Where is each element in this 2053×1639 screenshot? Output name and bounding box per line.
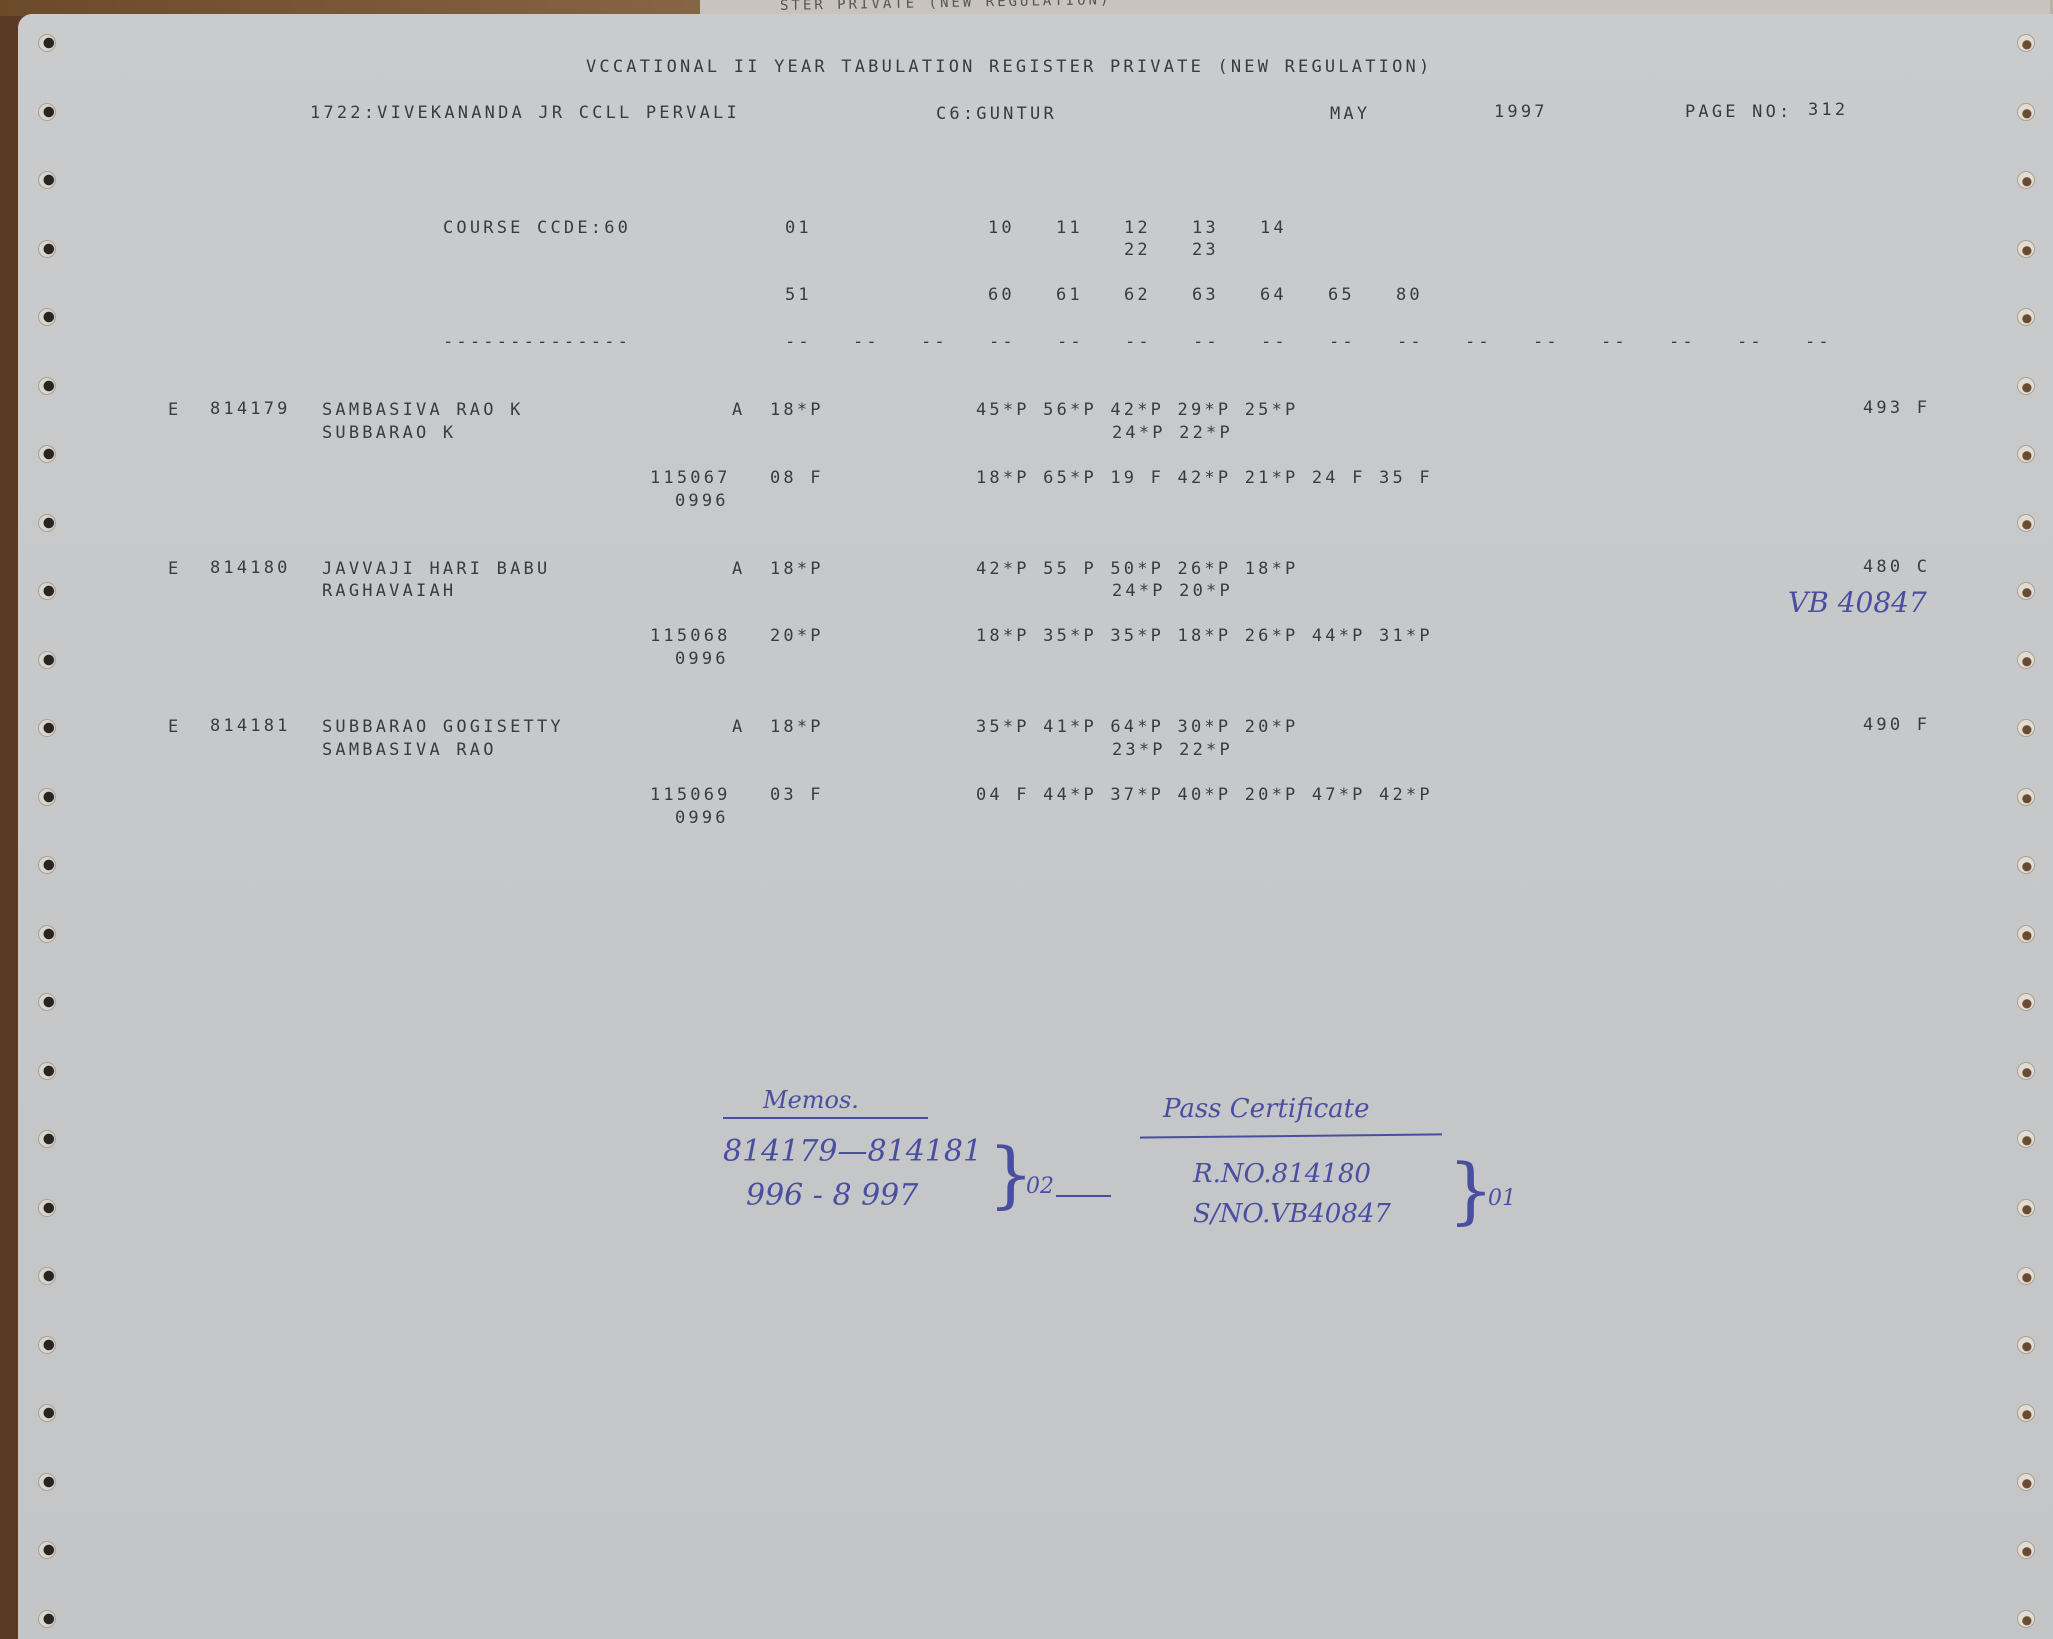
tractor-hole — [2017, 1062, 2035, 1080]
separator-dash: -- — [1533, 332, 1560, 352]
separator-dash: -- — [1329, 332, 1356, 352]
separator-dash: -- — [1737, 332, 1764, 352]
attendance-flag: A — [732, 559, 745, 579]
tractor-hole — [2017, 651, 2035, 669]
marks: 18*P — [770, 400, 824, 420]
separator-dash: -- — [1465, 332, 1492, 352]
marks-row: 24*P 20*P — [1112, 581, 1233, 601]
page-label: PAGE NO: — [1685, 102, 1792, 122]
pass-certificate-count: 01 — [1488, 1186, 1516, 1211]
tractor-hole — [2017, 1199, 2035, 1217]
separator-dash: -- — [1125, 332, 1152, 352]
total-result: 493 F — [1863, 398, 1930, 418]
reference-number: 115068 — [650, 626, 731, 646]
memos-dash — [1056, 1195, 1111, 1197]
tractor-hole — [38, 445, 56, 463]
reference-number: 115067 — [650, 468, 731, 488]
marks-row: 35*P 41*P 64*P 30*P 20*P — [976, 717, 1298, 737]
subject-code: 64 — [1260, 285, 1287, 305]
tractor-hole — [38, 993, 56, 1011]
subject-code: 23 — [1192, 240, 1219, 260]
subject-code: 63 — [1192, 285, 1219, 305]
marks: 18*P — [770, 559, 824, 579]
student-name: JAVVAJI HARI BABU — [322, 559, 550, 579]
marks-row: 45*P 56*P 42*P 29*P 25*P — [976, 400, 1298, 420]
tractor-hole — [38, 719, 56, 737]
attendance-flag: A — [732, 717, 745, 737]
reference-code: 0996 — [675, 808, 729, 828]
tractor-hole — [2017, 719, 2035, 737]
memos-heading: Memos. — [763, 1086, 859, 1114]
subject-code: 11 — [1056, 218, 1083, 238]
separator-dash: -- — [1261, 332, 1288, 352]
pass-certificate-heading: Pass Certificate — [1163, 1094, 1370, 1124]
tractor-hole — [2017, 925, 2035, 943]
reference-code: 0996 — [675, 649, 729, 669]
handwritten-serial-note: VB 40847 — [1788, 586, 1927, 619]
tractor-hole — [2017, 514, 2035, 532]
subject-code: 10 — [988, 218, 1015, 238]
tractor-hole — [38, 582, 56, 600]
stream-code: E — [168, 400, 181, 420]
tractor-hole — [2017, 171, 2035, 189]
memos-underline — [723, 1117, 928, 1119]
register-title: VCCATIONAL II YEAR TABULATION REGISTER P… — [586, 57, 1432, 77]
memos-serial-range: 996 - 8 997 — [746, 1178, 918, 1213]
pass-certificate-roll: R.NO.814180 — [1193, 1159, 1371, 1189]
separator-dash: -- — [1397, 332, 1424, 352]
memos-roll-range: 814179—814181 — [723, 1134, 982, 1169]
pass-certificate-underline — [1140, 1133, 1442, 1138]
marks-row: 18*P 65*P 19 F 42*P 21*P 24 F 35 F — [976, 468, 1433, 488]
tractor-hole — [2017, 582, 2035, 600]
subject-code: 60 — [988, 285, 1015, 305]
marks-row: 24*P 22*P — [1112, 423, 1233, 443]
college-name: 1722:VIVEKANANDA JR CCLL PERVALI — [310, 103, 740, 123]
tractor-hole — [2017, 1130, 2035, 1148]
tractor-hole — [38, 1130, 56, 1148]
father-name: SUBBARAO K — [322, 423, 456, 443]
tractor-hole — [2017, 377, 2035, 395]
subject-code: 51 — [785, 285, 812, 305]
tractor-hole — [2017, 34, 2035, 52]
total-result: 490 F — [1863, 715, 1930, 735]
tractor-hole — [2017, 1336, 2035, 1354]
subject-code: 62 — [1124, 285, 1151, 305]
tractor-hole — [38, 1062, 56, 1080]
tractor-hole — [2017, 1267, 2035, 1285]
stream-code: E — [168, 559, 181, 579]
tractor-hole — [38, 1473, 56, 1491]
stream-code: E — [168, 717, 181, 737]
tractor-hole — [2017, 1541, 2035, 1559]
tractor-hole — [2017, 788, 2035, 806]
tractor-hole — [38, 103, 56, 121]
tractor-hole — [2017, 240, 2035, 258]
subject-code: 65 — [1328, 285, 1355, 305]
separator-dash: -- — [1669, 332, 1696, 352]
brace-icon: } — [1448, 1150, 1494, 1230]
tractor-hole — [2017, 1610, 2035, 1628]
page-number: 312 — [1808, 100, 1848, 120]
tractor-hole — [38, 1404, 56, 1422]
tractor-hole — [38, 240, 56, 258]
reference-code: 0996 — [675, 491, 729, 511]
total-result: 480 C — [1863, 557, 1930, 577]
separator-dash: -- — [853, 332, 880, 352]
subject-code: 61 — [1056, 285, 1083, 305]
exam-month: MAY — [1330, 104, 1370, 124]
previous-sheet-text: STER PRIVATE (NEW REGULATION) — [780, 0, 1112, 14]
student-name: SUBBARAO GOGISETTY — [322, 717, 564, 737]
marks-row: 18*P 35*P 35*P 18*P 26*P 44*P 31*P — [976, 626, 1433, 646]
subject-code: 01 — [785, 218, 812, 238]
left-tractor-holes — [38, 14, 68, 1639]
tractor-hole — [38, 34, 56, 52]
tractor-hole — [38, 377, 56, 395]
course-code-label: COURSE CCDE:60 — [443, 218, 631, 238]
subject-code: 22 — [1124, 240, 1151, 260]
roll-number: 814179 — [210, 399, 291, 419]
marks-row: 42*P 55 P 50*P 26*P 18*P — [976, 559, 1298, 579]
attendance-flag: A — [732, 400, 745, 420]
tractor-hole — [2017, 1473, 2035, 1491]
marks-row: 23*P 22*P — [1112, 740, 1233, 760]
marks: 08 F — [770, 468, 824, 488]
marks-row: 04 F 44*P 37*P 40*P 20*P 47*P 42*P — [976, 785, 1433, 805]
tabulation-sheet: VCCATIONAL II YEAR TABULATION REGISTER P… — [18, 14, 2053, 1639]
tractor-hole — [38, 856, 56, 874]
marks: 18*P — [770, 717, 824, 737]
father-name: RAGHAVAIAH — [322, 581, 456, 601]
tractor-hole — [38, 308, 56, 326]
marks: 03 F — [770, 785, 824, 805]
tractor-hole — [2017, 445, 2035, 463]
separator-dash: -- — [921, 332, 948, 352]
tractor-hole — [2017, 1404, 2035, 1422]
subject-code: 12 — [1124, 218, 1151, 238]
father-name: SAMBASIVA RAO — [322, 740, 497, 760]
separator-dash: -- — [1601, 332, 1628, 352]
subject-code: 14 — [1260, 218, 1287, 238]
pass-certificate-serial: S/NO.VB40847 — [1193, 1199, 1391, 1229]
tractor-hole — [38, 925, 56, 943]
tractor-hole — [2017, 308, 2035, 326]
roll-number: 814181 — [210, 716, 291, 736]
marks: 20*P — [770, 626, 824, 646]
separator-dash: -- — [785, 332, 812, 352]
tractor-hole — [38, 171, 56, 189]
tractor-hole — [38, 788, 56, 806]
roll-number: 814180 — [210, 558, 291, 578]
district: C6:GUNTUR — [936, 104, 1057, 124]
tractor-hole — [2017, 103, 2035, 121]
separator-line: -------------- — [443, 332, 631, 352]
separator-dash: -- — [989, 332, 1016, 352]
exam-year: 1997 — [1494, 102, 1548, 122]
subject-code: 80 — [1396, 285, 1423, 305]
memos-count: 02 — [1026, 1174, 1054, 1199]
tractor-hole — [38, 1267, 56, 1285]
tractor-hole — [2017, 856, 2035, 874]
tractor-hole — [38, 651, 56, 669]
tractor-hole — [38, 1610, 56, 1628]
tractor-hole — [38, 1336, 56, 1354]
student-name: SAMBASIVA RAO K — [322, 400, 524, 420]
tractor-hole — [2017, 993, 2035, 1011]
tractor-hole — [38, 514, 56, 532]
subject-code: 13 — [1192, 218, 1219, 238]
tractor-hole — [38, 1199, 56, 1217]
right-tractor-holes — [2013, 14, 2043, 1639]
separator-dash: -- — [1805, 332, 1832, 352]
tractor-hole — [38, 1541, 56, 1559]
separator-dash: -- — [1057, 332, 1084, 352]
separator-dash: -- — [1193, 332, 1220, 352]
reference-number: 115069 — [650, 785, 731, 805]
